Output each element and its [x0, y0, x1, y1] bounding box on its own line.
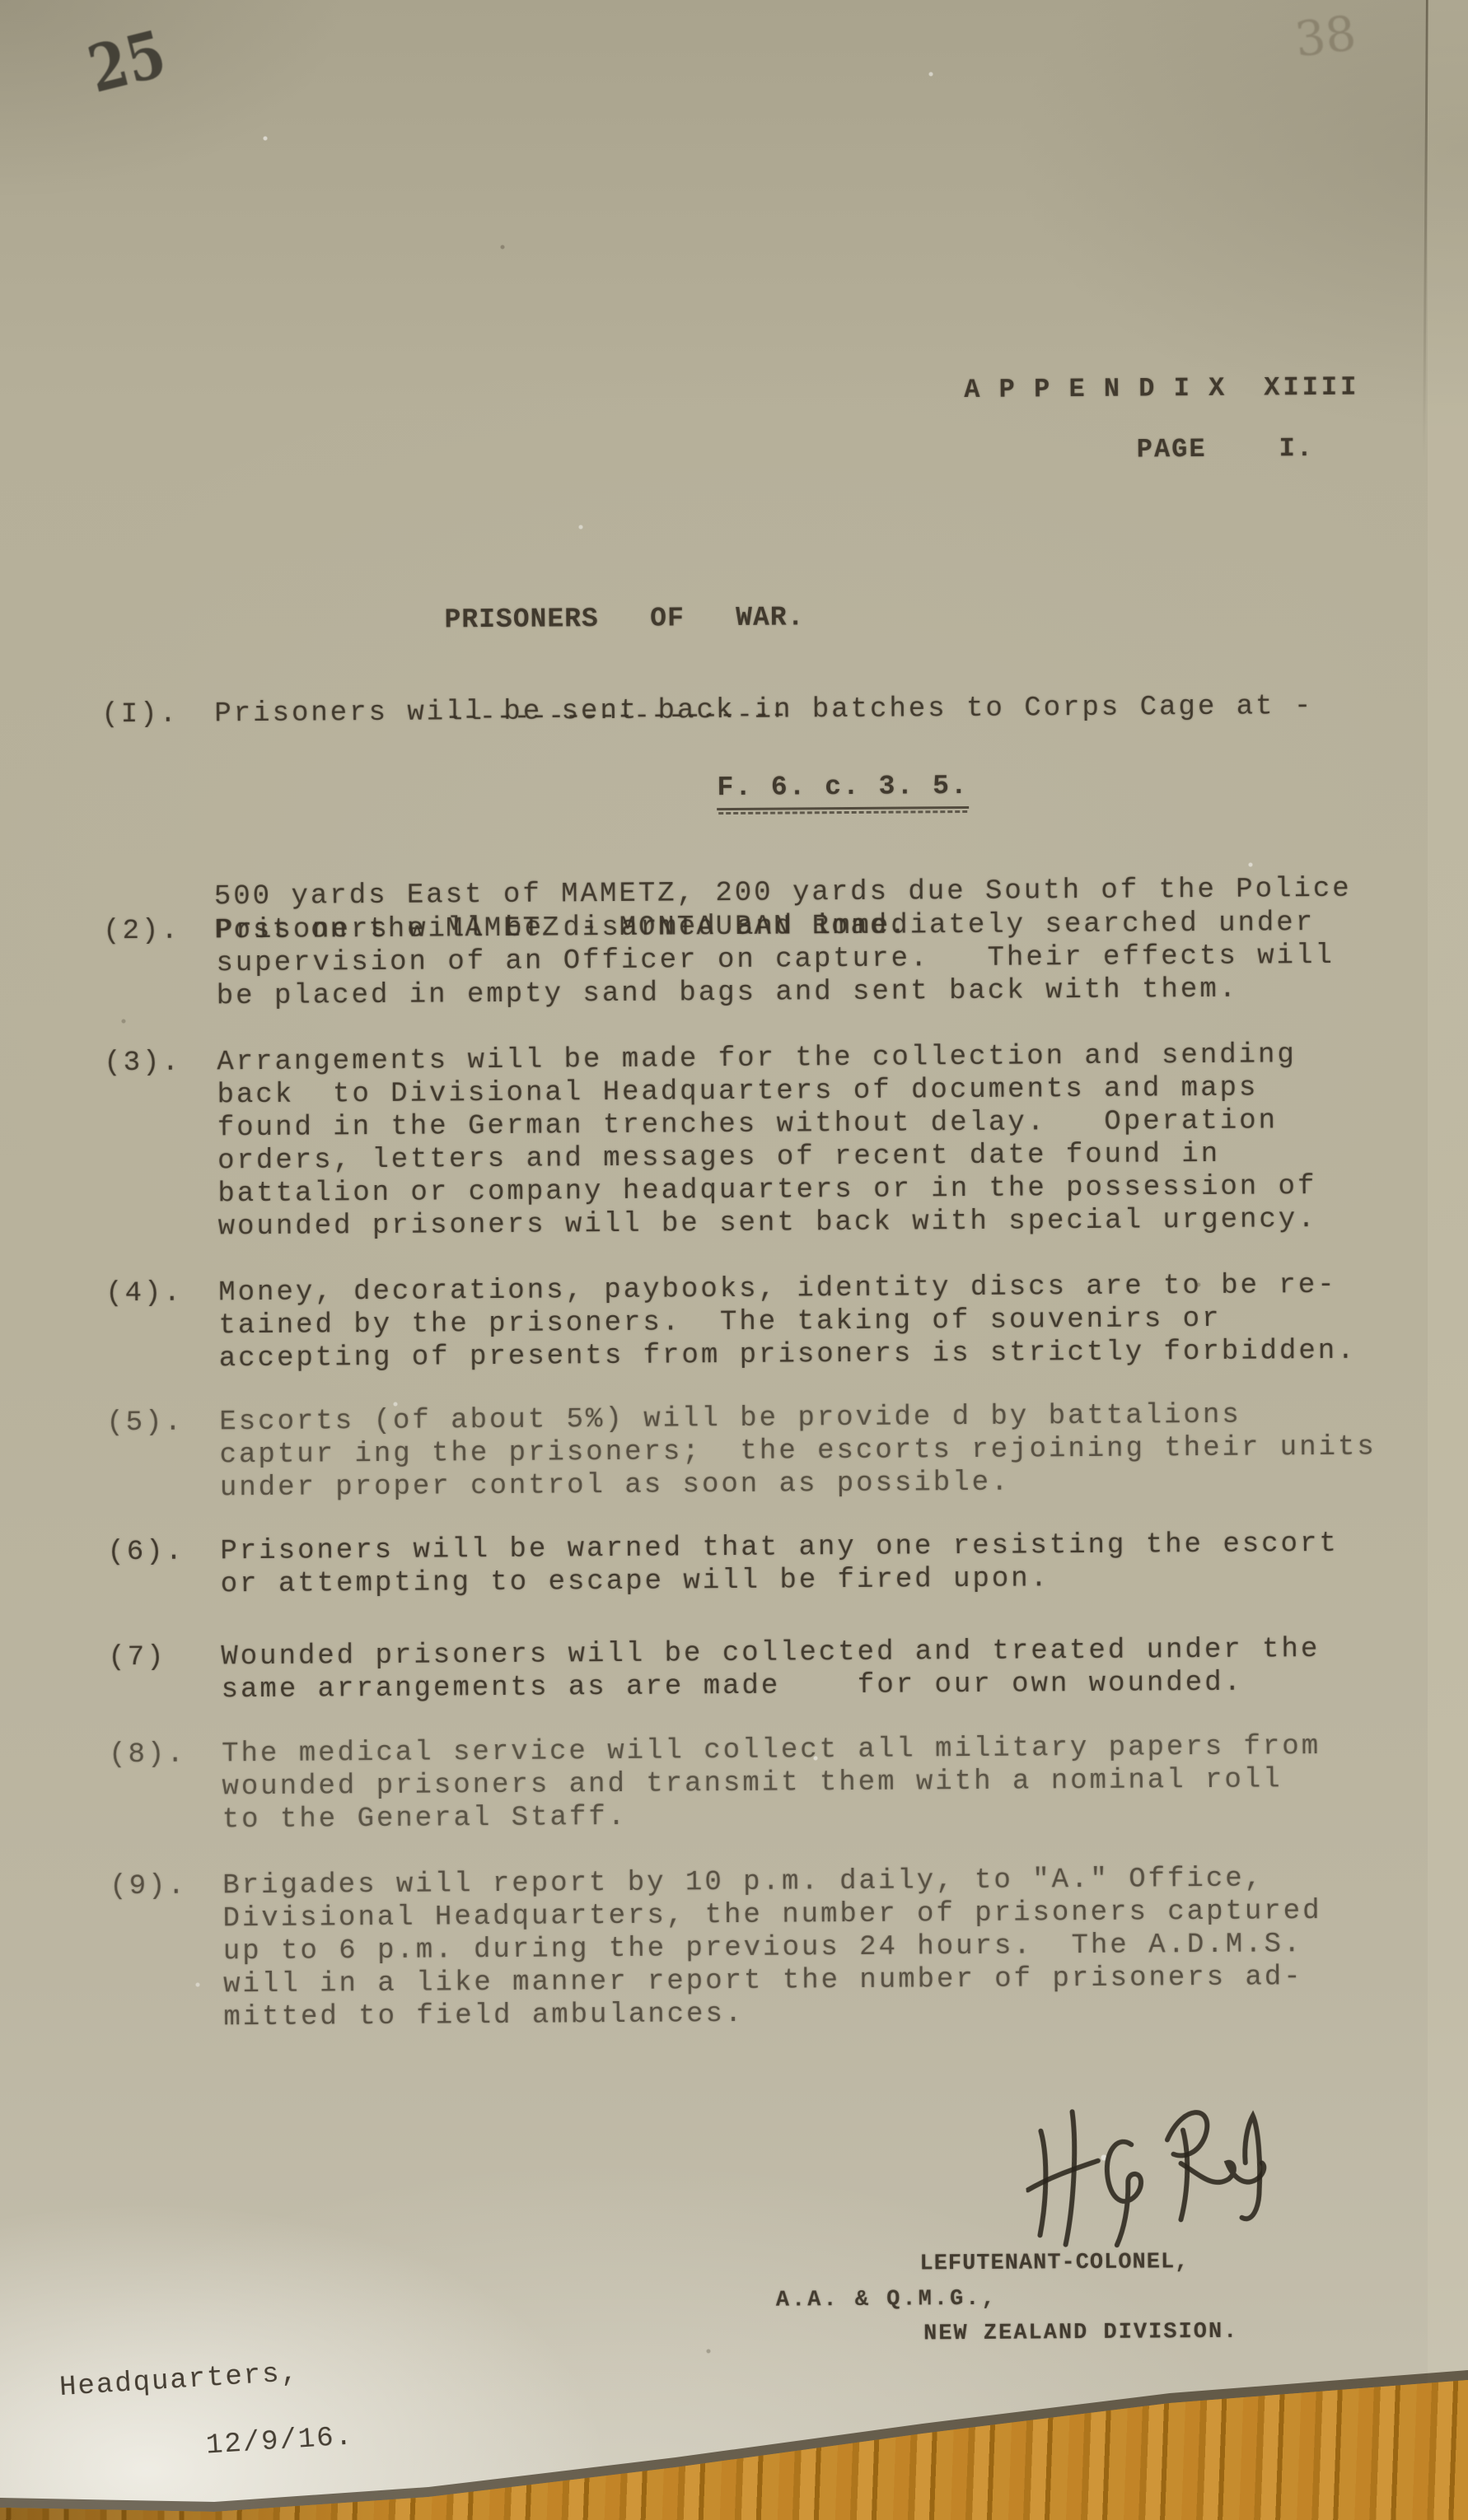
signatory-unit: NEW ZEALAND DIVISION.	[923, 2320, 1238, 2347]
page-heading: PAGEI.	[997, 403, 1315, 497]
document-title: PRISONERS OF WAR.	[444, 602, 804, 635]
page-label: PAGE	[1137, 434, 1207, 465]
paragraph-number: (2).	[103, 914, 217, 1014]
paragraph-text: Prisoners will be sent back in batches t…	[214, 690, 1313, 730]
appendix-number: XIIII	[1264, 372, 1359, 404]
paragraph-3: (3). Arrangements will be made for the c…	[104, 1038, 1317, 1244]
paragraph-2: (2). Prisoners will be disarmed and imme…	[103, 907, 1335, 1014]
paragraph-text: Escorts (of about 5%) will be provide d …	[219, 1398, 1377, 1505]
paragraph-number: (6).	[107, 1535, 221, 1602]
paragraph-7: (7) Wounded prisoners will be collected …	[108, 1633, 1321, 1707]
paragraph-number: (I).	[101, 698, 214, 731]
signature-ink	[1018, 2079, 1288, 2278]
paper-sheet: 25 38 A P P E N D I XXIIII PAGEI. PRISON…	[0, 0, 1468, 2520]
paragraph-6: (6). Prisoners will be warned that any o…	[107, 1528, 1339, 1602]
paragraph-number: (4).	[105, 1276, 219, 1376]
paragraph-8: (8). The medical service will collect al…	[109, 1730, 1321, 1837]
handwritten-signature	[1018, 2079, 1288, 2278]
appendix-label: A P P E N D I X	[964, 373, 1226, 405]
paragraph-text: The medical service will collect all mil…	[222, 1730, 1321, 1836]
paragraph-text: Wounded prisoners will be collected and …	[221, 1633, 1321, 1706]
paragraph-5: (5). Escorts (of about 5%) will be provi…	[106, 1398, 1377, 1506]
sheet-edge-strip	[1428, 0, 1468, 2520]
signatory-appointment: A.A. & Q.M.G.,	[776, 2287, 998, 2313]
paragraph-number: (5).	[106, 1406, 220, 1505]
page-number: I.	[1279, 433, 1314, 464]
paragraph-text: Money, decorations, paybooks, identity d…	[218, 1269, 1357, 1376]
paragraph-1: (I). Prisoners will be sent back in batc…	[101, 690, 1313, 731]
paragraph-text: Arrangements will be made for the collec…	[217, 1038, 1317, 1244]
paragraph-4: (4). Money, decorations, paybooks, ident…	[105, 1269, 1357, 1377]
paragraph-text: Prisoners will be warned that any one re…	[220, 1528, 1339, 1601]
paragraph-number: (8).	[109, 1738, 222, 1837]
paragraph-text: Prisoners will be disarmed and immediate…	[216, 907, 1335, 1013]
document-photo: 25 38 A P P E N D I XXIIII PAGEI. PRISON…	[0, 0, 1468, 2520]
paragraph-number: (3).	[104, 1046, 218, 1244]
paragraph-number: (7)	[108, 1640, 222, 1707]
paragraph-9: (9). Brigades will report by 10 p.m. dai…	[110, 1862, 1322, 2035]
paragraph-text: Brigades will report by 10 p.m. daily, t…	[222, 1862, 1322, 2034]
paragraph-number: (9).	[110, 1869, 223, 2035]
